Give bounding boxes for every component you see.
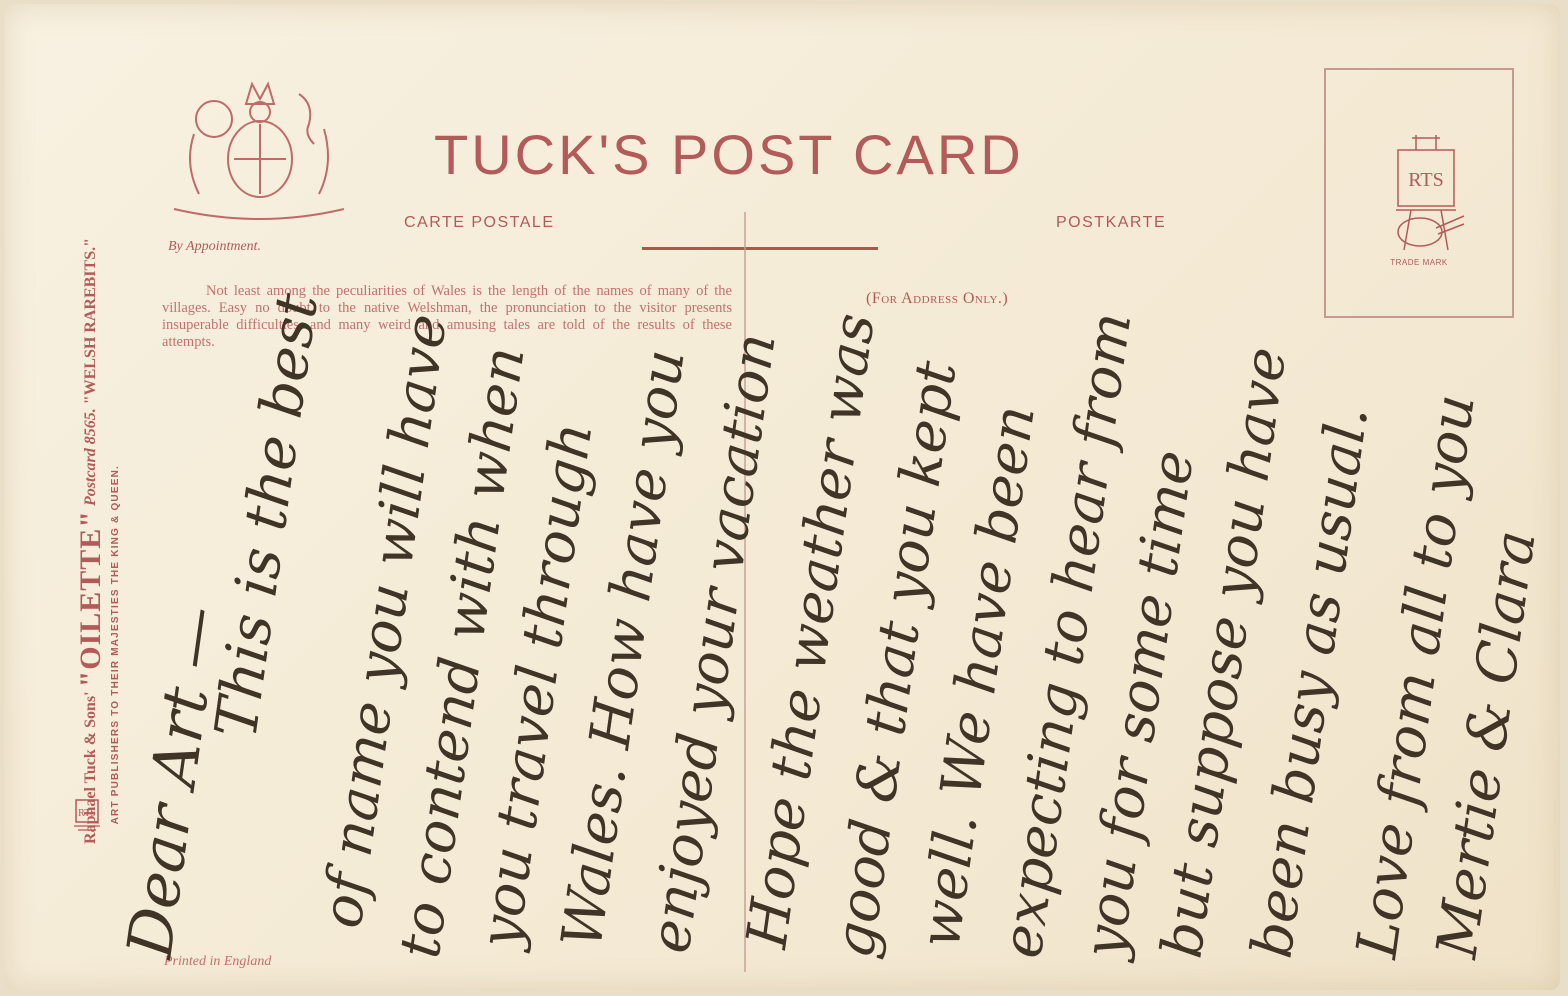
center-divider [744,212,746,972]
publisher-side-text: Raphael Tuck & Sons' "OILETTE" Postcard … [74,64,134,844]
trademark-easel-icon: RTS [1386,130,1466,260]
svg-text:RTS: RTS [78,808,96,819]
printed-in-text: Printed in England [164,954,271,970]
svg-text:RTS: RTS [1408,169,1443,191]
postcard-number: Postcard 8565. [82,408,99,506]
publisher-line: Raphael Tuck & Sons' "OILETTE" Postcard … [74,238,108,844]
subtitle-postkarte: POSTKARTE [1056,214,1166,232]
address-note: (For Address Only.) [866,290,1008,308]
series-name: "OILETTE" [74,510,107,687]
card-title: TUCK'S POST CARD [434,122,1024,187]
royal-coat-of-arms-icon [164,74,349,229]
postcard-back: Raphael Tuck & Sons' "OILETTE" Postcard … [4,4,1560,990]
subtitle-carte-postale: CARTE POSTALE [404,214,555,232]
publisher-logo-icon: RTS [70,794,104,834]
by-appointment-text: By Appointment. [168,239,261,255]
red-rule [642,247,878,250]
series-title: "WELSH RAREBITS." [82,238,99,404]
publisher-subline: ART PUBLISHERS TO THEIR MAJESTIES THE KI… [110,465,121,824]
trademark-label: TRADE MARK [1326,258,1512,267]
stamp-box: RTS TRADE MARK [1324,68,1514,318]
description-blurb: Not least among the peculiarities of Wal… [162,283,732,351]
